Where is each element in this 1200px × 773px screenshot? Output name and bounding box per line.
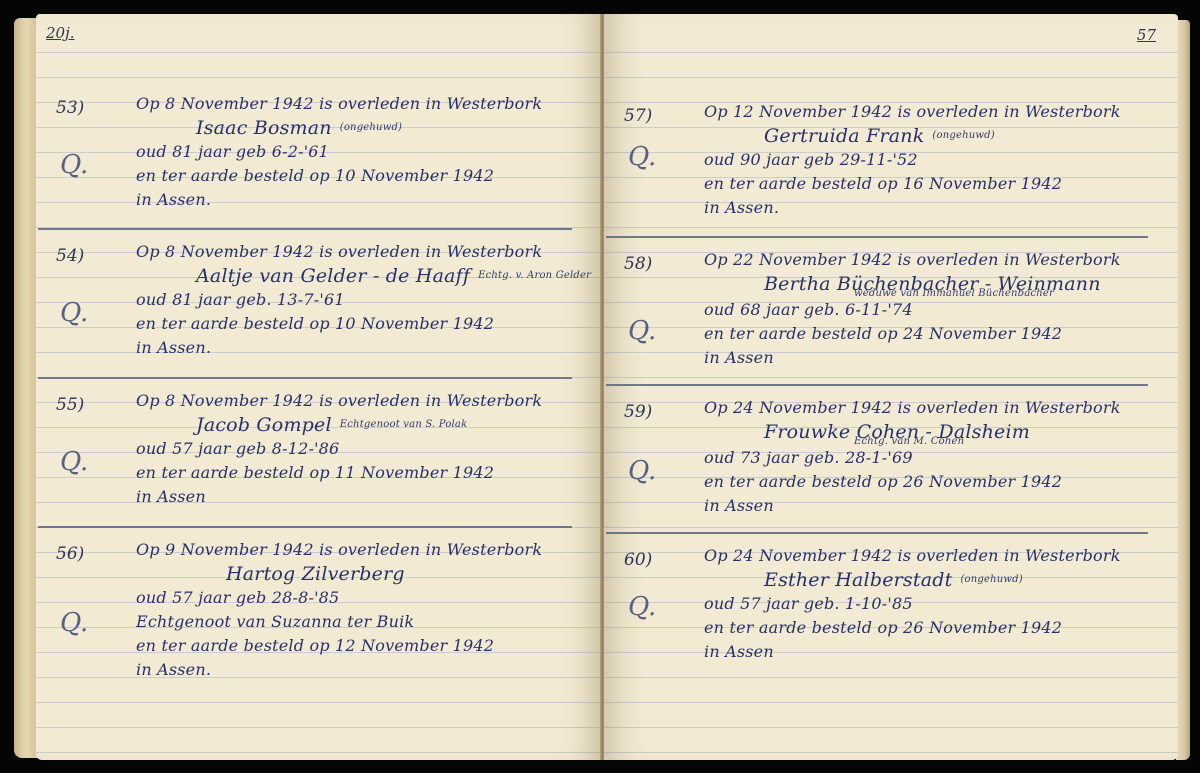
age-birth: oud 81 jaar geb 6-2-'61 xyxy=(136,140,592,164)
entry-text: Op 8 November 1942 is overleden in Weste… xyxy=(136,389,592,509)
register-entry: 59) Q. Op 24 November 1942 is overleden … xyxy=(604,384,1178,534)
death-statement: Op 8 November 1942 is overleden in Weste… xyxy=(136,92,592,116)
entry-divider xyxy=(38,377,572,379)
age-birth: oud 90 jaar geb 29-11-'52 xyxy=(704,148,1168,172)
margin-mark: Q. xyxy=(628,592,656,622)
name-text: Jacob Gompel xyxy=(196,414,332,436)
burial-statement: en ter aarde besteld op 26 November 1942 xyxy=(704,470,1168,494)
page-number: 20j. xyxy=(46,24,75,42)
entry-text: Op 24 November 1942 is overleden in West… xyxy=(704,544,1168,664)
entry-text: Op 8 November 1942 is overleden in Weste… xyxy=(136,240,592,360)
entry-number: 53) xyxy=(56,98,84,118)
burial-statement: en ter aarde besteld op 11 November 1942 xyxy=(136,461,592,485)
burial-statement: en ter aarde besteld op 26 November 1942 xyxy=(704,616,1168,640)
death-statement: Op 8 November 1942 is overleden in Weste… xyxy=(136,240,592,264)
entry-divider xyxy=(606,384,1148,386)
right-page: 57 57) Q. Op 12 November 1942 is overled… xyxy=(604,14,1178,760)
burial-place: in Assen. xyxy=(136,188,592,212)
burial-place: in Assen. xyxy=(136,336,592,360)
burial-place: in Assen xyxy=(704,494,1168,518)
deceased-name: Esther Halberstadt(ongehuwd) xyxy=(704,568,1168,592)
burial-statement: en ter aarde besteld op 24 November 1942 xyxy=(704,322,1168,346)
register-entry: 57) Q. Op 12 November 1942 is overleden … xyxy=(604,88,1178,238)
margin-mark: Q. xyxy=(60,608,88,638)
death-statement: Op 24 November 1942 is overleden in West… xyxy=(704,396,1168,420)
margin-mark: Q. xyxy=(628,142,656,172)
deceased-name: Aaltje van Gelder - de HaaffEchtg. v. Ar… xyxy=(136,264,592,288)
register-entry: 58) Q. Op 22 November 1942 is overleden … xyxy=(604,236,1178,386)
name-text: Esther Halberstadt xyxy=(764,569,952,591)
death-statement: Op 9 November 1942 is overleden in Weste… xyxy=(136,538,592,562)
burial-statement: en ter aarde besteld op 10 November 1942 xyxy=(136,164,592,188)
age-birth: oud 81 jaar geb. 13-7-'61 xyxy=(136,288,592,312)
entry-number: 60) xyxy=(624,550,652,570)
left-page: 20j. 53) Q. Op 8 November 1942 is overle… xyxy=(36,14,602,760)
burial-statement: en ter aarde besteld op 16 November 1942 xyxy=(704,172,1168,196)
open-notebook: 20j. 53) Q. Op 8 November 1942 is overle… xyxy=(0,0,1200,773)
entry-number: 59) xyxy=(624,402,652,422)
margin-mark: Q. xyxy=(60,298,88,328)
entry-divider xyxy=(38,228,572,230)
deceased-name: Gertruida Frank(ongehuwd) xyxy=(704,124,1168,148)
deceased-name: Hartog Zilverberg xyxy=(136,562,592,586)
name-text: Aaltje van Gelder - de Haaff xyxy=(196,265,470,287)
page-edges-right xyxy=(1176,20,1190,760)
burial-statement: en ter aarde besteld op 10 November 1942 xyxy=(136,312,592,336)
entry-divider xyxy=(606,236,1148,238)
entry-text: Op 8 November 1942 is overleden in Weste… xyxy=(136,92,592,212)
register-entry: 55) Q. Op 8 November 1942 is overleden i… xyxy=(36,377,602,527)
marital-note: (ongehuwd) xyxy=(932,130,994,141)
burial-place: in Assen xyxy=(136,485,592,509)
death-statement: Op 22 November 1942 is overleden in West… xyxy=(704,248,1168,272)
margin-mark: Q. xyxy=(60,447,88,477)
entry-number: 55) xyxy=(56,395,84,415)
entry-text: Op 12 November 1942 is overleden in West… xyxy=(704,100,1168,220)
entry-number: 58) xyxy=(624,254,652,274)
name-text: Isaac Bosman xyxy=(196,117,332,139)
spouse-line: Echtgenoot van Suzanna ter Buik xyxy=(136,610,592,634)
burial-place: in Assen. xyxy=(704,196,1168,220)
burial-place: in Assen xyxy=(704,346,1168,370)
margin-mark: Q. xyxy=(628,456,656,486)
age-birth: oud 73 jaar geb. 28-1-'69 xyxy=(704,446,1168,470)
spouse-note: Echtg. v. Aron Gelder xyxy=(478,270,591,281)
entry-text: Op 22 November 1942 is overleden in West… xyxy=(704,248,1168,370)
entry-divider xyxy=(606,532,1148,534)
age-birth: oud 57 jaar geb 8-12-'86 xyxy=(136,437,592,461)
margin-mark: Q. xyxy=(628,316,656,346)
marital-note: (ongehuwd) xyxy=(340,122,402,133)
entry-text: Op 9 November 1942 is overleden in Weste… xyxy=(136,538,592,682)
marital-note: (ongehuwd) xyxy=(960,574,1022,585)
register-entry: 53) Q. Op 8 November 1942 is overleden i… xyxy=(36,80,602,230)
deceased-name: Isaac Bosman(ongehuwd) xyxy=(136,116,592,140)
age-birth: oud 57 jaar geb. 1-10-'85 xyxy=(704,592,1168,616)
death-statement: Op 12 November 1942 is overleden in West… xyxy=(704,100,1168,124)
burial-place: in Assen xyxy=(704,640,1168,664)
register-entry: 60) Q. Op 24 November 1942 is overleden … xyxy=(604,532,1178,682)
age-birth: oud 57 jaar geb 28-8-'85 xyxy=(136,586,592,610)
entry-divider xyxy=(38,526,572,528)
burial-statement: en ter aarde besteld op 12 November 1942 xyxy=(136,634,592,658)
name-text: Gertruida Frank xyxy=(764,125,924,147)
entry-number: 54) xyxy=(56,246,84,266)
page-number: 57 xyxy=(1137,26,1156,44)
burial-place: in Assen. xyxy=(136,658,592,682)
death-statement: Op 24 November 1942 is overleden in West… xyxy=(704,544,1168,568)
entry-text: Op 24 November 1942 is overleden in West… xyxy=(704,396,1168,518)
spouse-note: Echtgenoot van S. Polak xyxy=(340,419,468,430)
age-birth: oud 68 jaar geb. 6-11-'74 xyxy=(704,298,1168,322)
entry-number: 57) xyxy=(624,106,652,126)
death-statement: Op 8 November 1942 is overleden in Weste… xyxy=(136,389,592,413)
register-entry: 54) Q. Op 8 November 1942 is overleden i… xyxy=(36,228,602,378)
register-entry: 56) Q. Op 9 November 1942 is overleden i… xyxy=(36,526,602,696)
deceased-name: Jacob GompelEchtgenoot van S. Polak xyxy=(136,413,592,437)
margin-mark: Q. xyxy=(60,150,88,180)
entry-number: 56) xyxy=(56,544,84,564)
